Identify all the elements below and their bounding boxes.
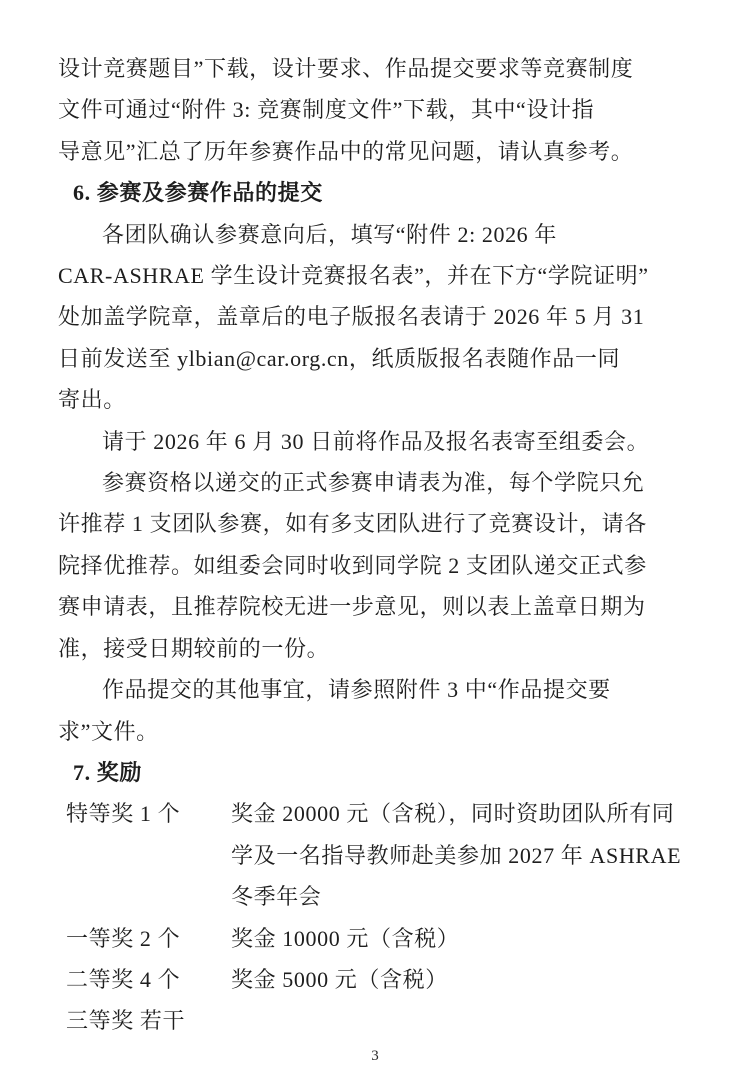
text-line: 院择优推荐。如组委会同时收到同学院 2 支团队递交正式参: [58, 545, 674, 586]
text-line: 参赛资格以递交的正式参赛申请表为准，每个学院只允: [58, 462, 674, 503]
text-line: 日前发送至 ylbian@car.org.cn，纸质版报名表随作品一同: [58, 338, 674, 379]
paragraph-submission-deadline: 请于 2026 年 6 月 30 日前将作品及报名表寄至组委会。: [58, 421, 674, 462]
text-line: CAR-ASHRAE 学生设计竞赛报名表”，并在下方“学院证明”: [58, 255, 674, 296]
text-line: 作品提交的其他事宜，请参照附件 3 中“作品提交要: [58, 669, 674, 710]
award-description: 奖金 5000 元（含税）: [231, 959, 674, 1000]
text-line: 学及一名指导教师赴美参加 2027 年 ASHRAE: [231, 835, 674, 876]
award-description: 奖金 20000 元（含税），同时资助团队所有同学及一名指导教师赴美参加 202…: [231, 793, 674, 917]
text-line: 请于 2026 年 6 月 30 日前将作品及报名表寄至组委会。: [58, 421, 674, 462]
award-label: 特等奖 1 个: [66, 793, 231, 834]
award-row-second-prize: 二等奖 4 个 奖金 5000 元（含税）: [66, 959, 674, 1000]
paragraph-competition-files-download: 设计竞赛题目”下载，设计要求、作品提交要求等竞赛制度文件可通过“附件 3: 竞赛…: [58, 48, 674, 172]
text-line: 奖金 10000 元（含税）: [231, 918, 674, 959]
page-number: 3: [0, 1048, 750, 1065]
text-line: 赛申请表，且推荐院校无进一步意见，则以表上盖章日期为: [58, 586, 674, 627]
paragraph-eligibility-rules: 参赛资格以递交的正式参赛申请表为准，每个学院只允许推荐 1 支团队参赛，如有多支…: [58, 462, 674, 669]
award-description: 奖金 10000 元（含税）: [231, 918, 674, 959]
section-6-heading: 6. 参赛及参赛作品的提交: [73, 172, 674, 213]
document-page: 设计竞赛题目”下载，设计要求、作品提交要求等竞赛制度文件可通过“附件 3: 竞赛…: [0, 0, 750, 1091]
awards-list: 特等奖 1 个 奖金 20000 元（含税），同时资助团队所有同学及一名指导教师…: [58, 793, 674, 1041]
paragraph-registration-form: 各团队确认参赛意向后，填写“附件 2: 2026 年CAR-ASHRAE 学生设…: [58, 214, 674, 421]
text-line: 寄出。: [58, 379, 674, 420]
document-body: 设计竞赛题目”下载，设计要求、作品提交要求等竞赛制度文件可通过“附件 3: 竞赛…: [58, 48, 674, 1042]
text-line: 导意见”汇总了历年参赛作品中的常见问题，请认真参考。: [58, 131, 674, 172]
text-line: 许推荐 1 支团队参赛，如有多支团队进行了竞赛设计，请各: [58, 503, 674, 544]
section-7-heading: 7. 奖励: [73, 752, 674, 793]
text-line: 文件可通过“附件 3: 竞赛制度文件”下载，其中“设计指: [58, 89, 674, 130]
text-line: 冬季年会: [231, 876, 674, 917]
text-line: 奖金 5000 元（含税）: [231, 959, 674, 1000]
text-line: 设计竞赛题目”下载，设计要求、作品提交要求等竞赛制度: [58, 48, 674, 89]
text-line: 求”文件。: [58, 711, 674, 752]
award-label: 二等奖 4 个: [66, 959, 231, 1000]
award-label: 一等奖 2 个: [66, 918, 231, 959]
award-row-first-prize: 一等奖 2 个 奖金 10000 元（含税）: [66, 918, 674, 959]
text-line: 奖金 20000 元（含税），同时资助团队所有同: [231, 793, 674, 834]
award-row-third-prize: 三等奖 若干: [66, 1000, 674, 1041]
award-row-grand-prize: 特等奖 1 个 奖金 20000 元（含税），同时资助团队所有同学及一名指导教师…: [66, 793, 674, 917]
award-label: 三等奖 若干: [66, 1000, 231, 1041]
paragraph-other-submission-matters: 作品提交的其他事宜，请参照附件 3 中“作品提交要求”文件。: [58, 669, 674, 752]
text-line: 各团队确认参赛意向后，填写“附件 2: 2026 年: [58, 214, 674, 255]
text-line: 准，接受日期较前的一份。: [58, 628, 674, 669]
text-line: 处加盖学院章，盖章后的电子版报名表请于 2026 年 5 月 31: [58, 296, 674, 337]
